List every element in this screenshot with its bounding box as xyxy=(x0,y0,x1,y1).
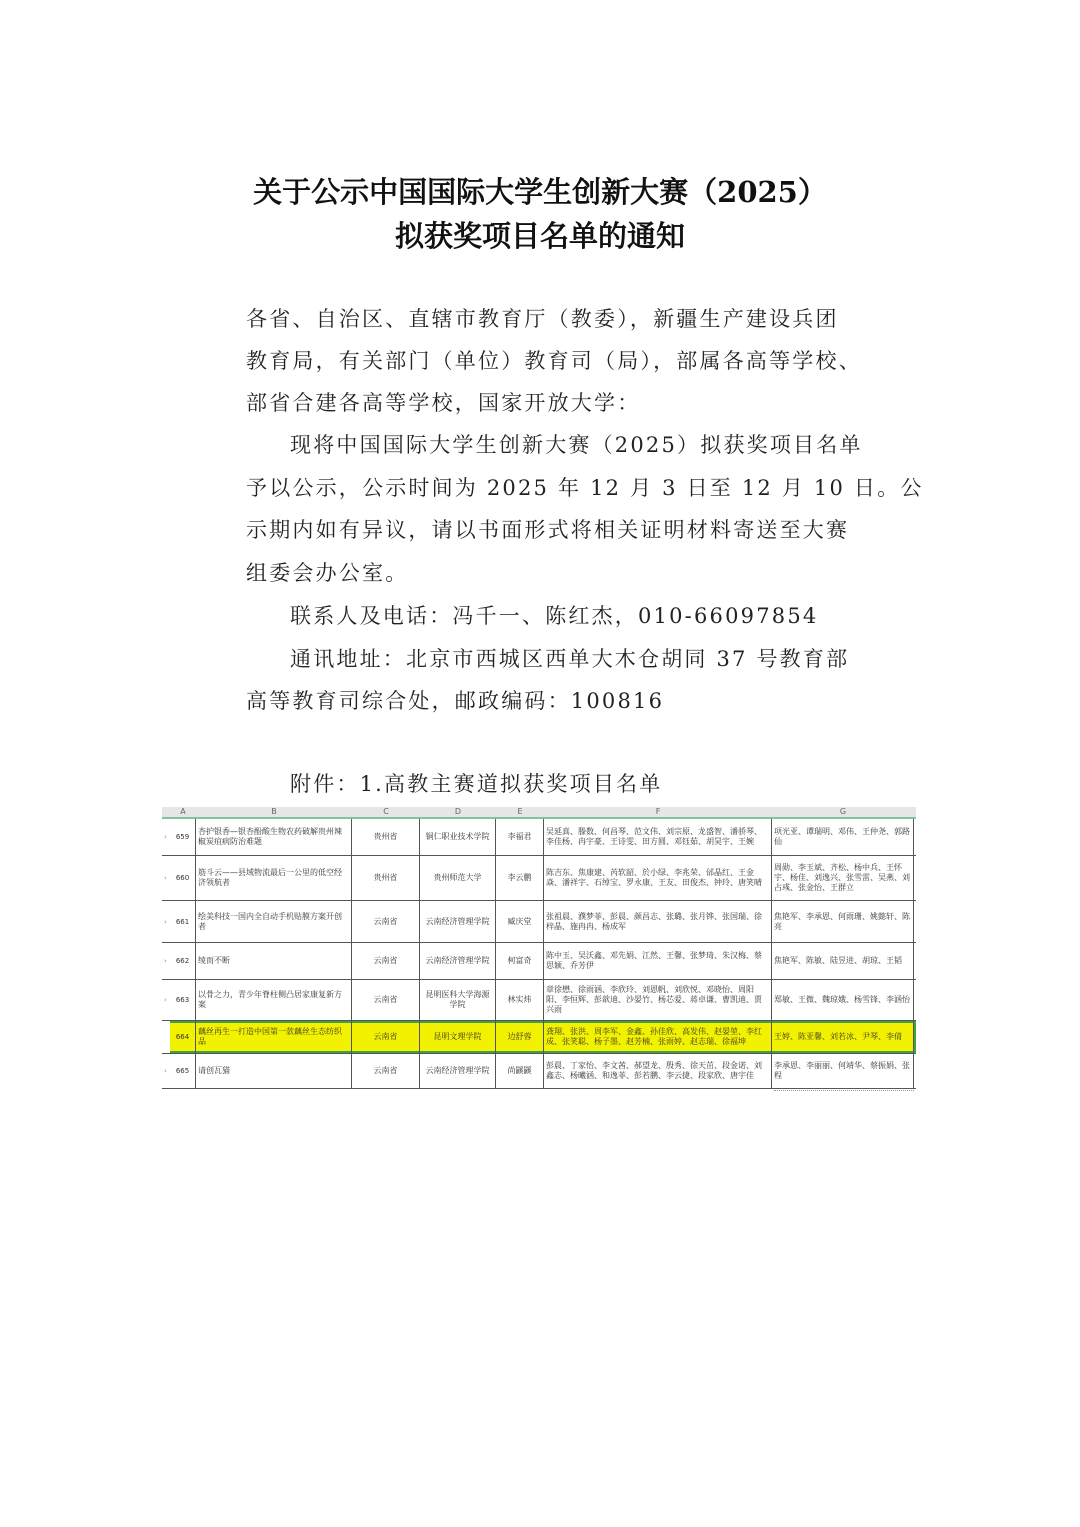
cell-leader: 林实炜 xyxy=(496,980,544,1020)
cell-leader: 李云鹏 xyxy=(496,856,544,900)
cell-members: 陈中玉、吴沃鑫、邓先娟、江然、王馨、张梦琦、朱汉梅、蔡思颖、乔芳伊 xyxy=(544,943,772,979)
table-row: › 662 绫而不断 云南省 云南经济管理学院 柯富奇 陈中玉、吴沃鑫、邓先娟、… xyxy=(162,943,916,980)
table-row: › 665 请创瓦猫 云南省 云南经济管理学院 尚鼷鼷 彭晨、丁家怡、李文茜、郝… xyxy=(162,1054,916,1089)
column-header-bar: A B C D E F G xyxy=(162,807,916,819)
cell-school: 云南经济管理学院 xyxy=(420,901,496,942)
cell-advisors: 周勋、李玉斌、齐松、杨中兵、王怀宇、杨佳、刘逸兴、张雪雷、吴燕、刘占彧、张金怡、… xyxy=(772,856,914,900)
row-header: › xyxy=(162,980,170,1020)
row-header: › xyxy=(162,819,170,855)
column-header-d: D xyxy=(420,807,496,817)
cell-school: 昆明医科大学海源学院 xyxy=(420,980,496,1020)
notice-title-line2: 拟获奖项目名单的通知 xyxy=(0,214,1080,255)
cell-members: 龚翔、张洪、周李军、金鑫、孙佳欣、高发伟、赵晏堃、李红成、张笑聪、杨子墨、赵芳楠… xyxy=(544,1021,772,1053)
cell-school: 昆明文理学院 xyxy=(420,1021,496,1053)
cell-members: 彭晨、丁家怡、李文茜、郝望龙、殷秀、徐天茁、段金诺、刘鑫志、杨曦涵、和逸菲、彭若… xyxy=(544,1054,772,1088)
table-row: › 663 以骨之力，青少年脊柱侧凸居家康复新方案 云南省 昆明医科大学海源学院… xyxy=(162,980,916,1021)
cell-advisors: 项光亚、谭瑞明、邓伟、王仲尧、郭路仙 xyxy=(772,819,914,855)
cell-province: 云南省 xyxy=(352,943,420,979)
body-line-1: 现将中国国际大学生创新大赛（2025）拟获奖项目名单 xyxy=(290,424,890,466)
table-row: › 661 绘美科技一国内全自动手机贴膜方案开创者 云南省 云南经济管理学院 臧… xyxy=(162,901,916,943)
cell-project: 绫而不断 xyxy=(196,943,352,979)
cell-project: 杏护银香—银杏酚酸生物农药破解贵州辣椒炭疽病防治难题 xyxy=(196,819,352,855)
cell-no: 661 xyxy=(170,901,196,942)
cell-members: 章徐懋、徐雨涵、李欣玲、刘恩帆、刘欣悦、邓晓怡、周阳阳、李恒辉、彭歆迪、沙晏竹、… xyxy=(544,980,772,1020)
column-header-e: E xyxy=(496,807,544,817)
cell-leader: 边舒蓉 xyxy=(496,1021,544,1053)
address-line-1: 通讯地址：北京市西城区西单大木仓胡同 37 号教育部 xyxy=(290,638,890,680)
cell-province: 云南省 xyxy=(352,1021,420,1053)
column-header-c: C xyxy=(352,807,420,817)
cell-advisors: 李承恩、李丽丽、何靖华、蔡振娟、张程 xyxy=(772,1054,914,1088)
row-header: › xyxy=(162,856,170,900)
award-list-spreadsheet: A B C D E F G › 659 杏护银香—银杏酚酸生物农药破解贵州辣椒炭… xyxy=(162,807,916,1092)
cell-no: 663 xyxy=(170,980,196,1020)
body-line-2: 予以公示，公示时间为 2025 年 12 月 3 日至 12 月 10 日。公 xyxy=(246,467,846,509)
cell-project: 请创瓦猫 xyxy=(196,1054,352,1088)
cell-advisors: 郑敏、王微、魏琼娥、杨雪锋、李涵怡 xyxy=(772,980,914,1020)
cell-project: 藕丝再生一打造中国第一款藕丝生态纺织品 xyxy=(196,1021,352,1053)
cell-province: 贵州省 xyxy=(352,856,420,900)
cell-advisors: 焦艳军、李承恩、何雨珊、姚懿轩、陈亮 xyxy=(772,901,914,942)
column-header-b: B xyxy=(196,807,352,817)
cell-no: 665 xyxy=(170,1054,196,1088)
row-header: › xyxy=(162,901,170,942)
row-header: › xyxy=(162,1054,170,1088)
cell-members: 吴延真、滕数、何昌琴、范文伟、刘宗原、龙盛智、潘骄琴、李佳杨、冉宇豪、王诗雯、田… xyxy=(544,819,772,855)
column-header-g: G xyxy=(772,807,914,817)
cell-members: 陈吉东、焦康建、芮软韶、於小绿、李兆荣、邰晶红、王金焱、潘祥宇、石绰宝、罗永康、… xyxy=(544,856,772,900)
cell-leader: 李福君 xyxy=(496,819,544,855)
attachment-line: 附件：1.高教主赛道拟获奖项目名单 xyxy=(290,763,890,805)
cropped-row-remnant xyxy=(774,1090,914,1092)
body-line-3: 示期内如有异议，请以书面形式将相关证明材料寄送至大赛 xyxy=(246,509,846,551)
addressee-line-1: 各省、自治区、直辖市教育厅（教委），新疆生产建设兵团 xyxy=(246,298,846,340)
cell-project: 绘美科技一国内全自动手机贴膜方案开创者 xyxy=(196,901,352,942)
cell-leader: 臧庆堂 xyxy=(496,901,544,942)
cell-school: 云南经济管理学院 xyxy=(420,943,496,979)
cell-school: 贵州师范大学 xyxy=(420,856,496,900)
cell-no: 662 xyxy=(170,943,196,979)
cell-no: 664 xyxy=(170,1021,196,1053)
cell-province: 贵州省 xyxy=(352,819,420,855)
cell-leader: 尚鼷鼷 xyxy=(496,1054,544,1088)
cell-no: 660 xyxy=(170,856,196,900)
body-line-4: 组委会办公室。 xyxy=(246,552,846,594)
address-line-2: 高等教育司综合处，邮政编码：100816 xyxy=(246,680,846,722)
cell-school: 云南经济管理学院 xyxy=(420,1054,496,1088)
cell-province: 云南省 xyxy=(352,1054,420,1088)
table-row: › 660 筋斗云——县域物流最后一公里的低空经济领航者 贵州省 贵州师范大学 … xyxy=(162,856,916,901)
cell-province: 云南省 xyxy=(352,901,420,942)
table-row: › 659 杏护银香—银杏酚酸生物农药破解贵州辣椒炭疽病防治难题 贵州省 铜仁职… xyxy=(162,819,916,856)
cell-project: 以骨之力，青少年脊柱侧凸居家康复新方案 xyxy=(196,980,352,1020)
addressee-line-3: 部省合建各高等学校，国家开放大学： xyxy=(246,382,846,424)
notice-title-line1: 关于公示中国国际大学生创新大赛（2025） xyxy=(0,170,1080,211)
column-header-f: F xyxy=(544,807,772,817)
cell-members: 张祖晨、濮梦菲、彭晨、颜昌志、张璐、张月铧、张国瑞、徐梓晶、施冉冉、杨成军 xyxy=(544,901,772,942)
addressee-line-2: 教育局，有关部门（单位）教育司（局），部属各高等学校、 xyxy=(246,340,846,382)
cell-school: 铜仁职业技术学院 xyxy=(420,819,496,855)
cell-advisors: 王婷、陈亚馨、刘若冰、尹琴、李倩 xyxy=(772,1021,914,1053)
column-header-a: A xyxy=(170,807,196,817)
contact-line: 联系人及电话：冯千一、陈红杰，010-66097854 xyxy=(290,595,890,637)
cell-province: 云南省 xyxy=(352,980,420,1020)
cell-project: 筋斗云——县域物流最后一公里的低空经济领航者 xyxy=(196,856,352,900)
cell-leader: 柯富奇 xyxy=(496,943,544,979)
row-header: › xyxy=(162,943,170,979)
table-row-highlighted: 664 藕丝再生一打造中国第一款藕丝生态纺织品 云南省 昆明文理学院 边舒蓉 龚… xyxy=(162,1021,916,1054)
cell-no: 659 xyxy=(170,819,196,855)
cell-advisors: 焦艳军、陈敏、陆昱进、胡琼、王韬 xyxy=(772,943,914,979)
row-header xyxy=(162,1021,170,1053)
